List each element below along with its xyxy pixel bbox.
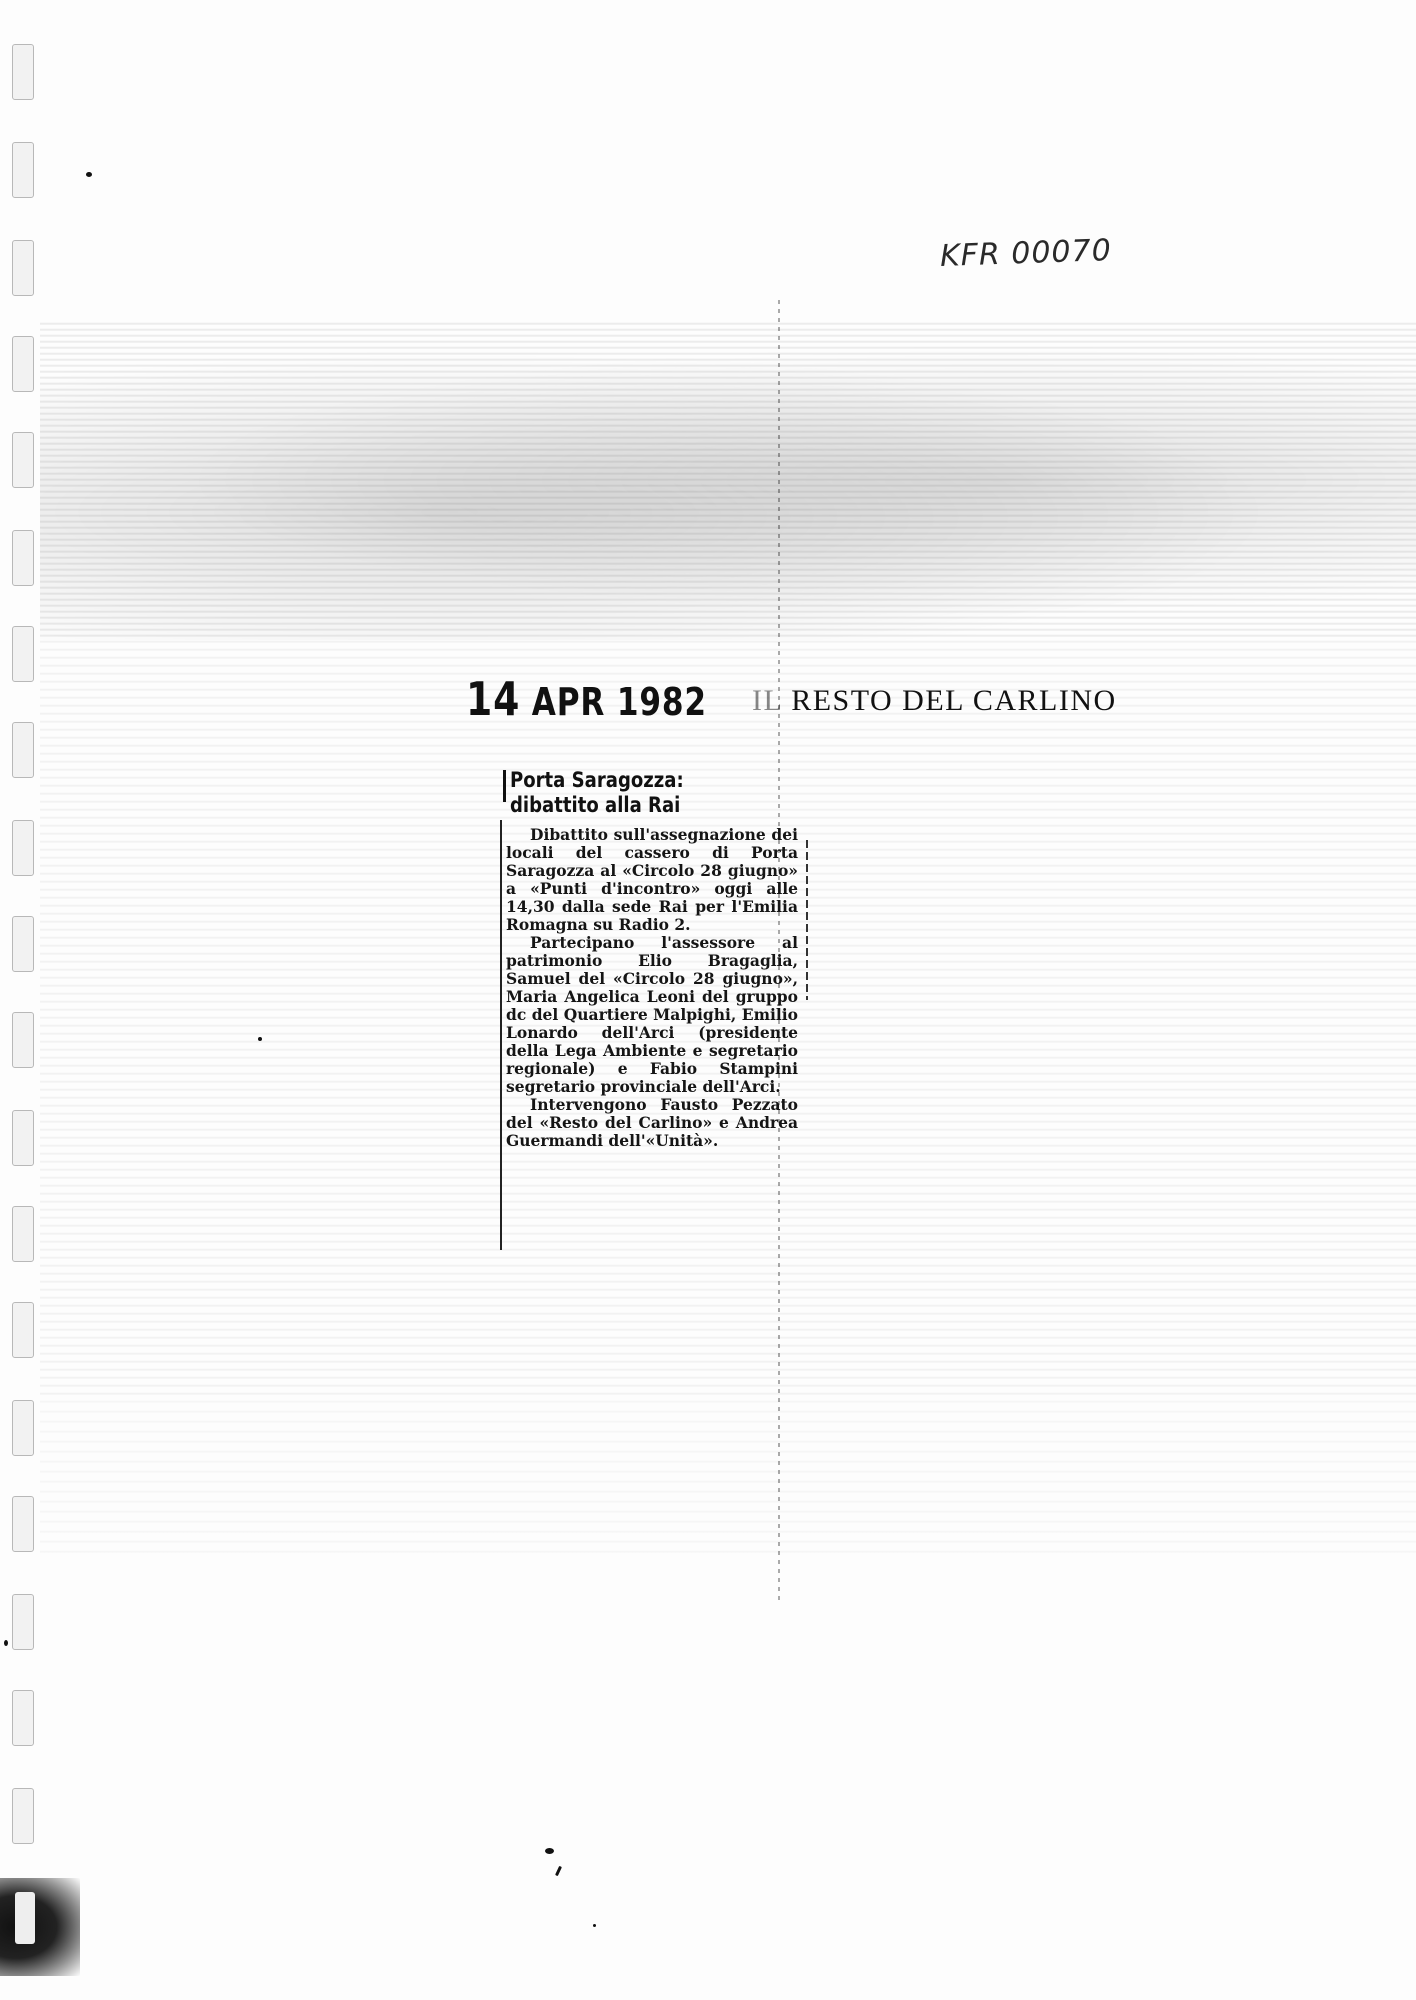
binder-hole [12, 44, 34, 100]
binder-hole [12, 626, 34, 682]
date-stamp-day: 14 [466, 672, 520, 726]
binder-hole [12, 1594, 34, 1650]
article-paragraph: Partecipano l'assessore al patrimonio El… [506, 934, 798, 1096]
scan-noise-lower [40, 1400, 1416, 1560]
binder-hole [12, 1012, 34, 1068]
date-stamp: 14 APR 1982 [466, 672, 707, 726]
scan-speck [555, 1866, 562, 1876]
scan-speck [545, 1848, 554, 1854]
article-clipping: Porta Saragozza: dibattito alla Rai Diba… [498, 768, 798, 1150]
binder-hole [15, 1892, 35, 1944]
newspaper-masthead: Il RESTO DEL CARLINO [752, 684, 1117, 718]
date-stamp-year: 1982 [617, 680, 707, 724]
archive-code: KFR 00070 [939, 233, 1112, 274]
binder-hole [12, 1206, 34, 1262]
scan-speck [86, 172, 92, 177]
headline-line-2: dibattito alla Rai [510, 793, 758, 818]
binder-hole [12, 1690, 34, 1746]
binder-hole [12, 820, 34, 876]
binder-hole [12, 1302, 34, 1358]
scan-speck [258, 1037, 262, 1041]
scan-noise-top [40, 320, 1416, 640]
binder-hole [12, 1400, 34, 1456]
article-headline: Porta Saragozza: dibattito alla Rai [510, 768, 758, 818]
binder-hole [12, 1110, 34, 1166]
article-paragraph: Intervengono Fausto Pezzato del «Resto d… [506, 1096, 798, 1150]
article-body: Dibattito sull'assegnazione dei locali d… [506, 826, 798, 1150]
binder-hole [12, 1788, 34, 1844]
binder-hole [12, 916, 34, 972]
column-rule-right [806, 840, 808, 1000]
scan-speck [4, 1640, 8, 1646]
binder-hole [12, 142, 34, 198]
scan-shadow-corner [0, 1878, 80, 1976]
article-paragraph: Dibattito sull'assegnazione dei locali d… [506, 826, 798, 934]
binder-hole [12, 722, 34, 778]
binder-hole [12, 1496, 34, 1552]
scan-speck [593, 1924, 596, 1927]
binder-hole [12, 432, 34, 488]
binder-hole [12, 530, 34, 586]
binder-hole [12, 336, 34, 392]
newspaper-name: RESTO DEL CARLINO [791, 684, 1117, 717]
date-stamp-month: APR [532, 680, 605, 724]
newspaper-prefix: Il [752, 684, 782, 717]
scanned-page: KFR 00070 14 APR 1982 Il RESTO DEL CARLI… [0, 0, 1416, 2000]
headline-line-1: Porta Saragozza: [510, 768, 758, 793]
binder-hole [12, 240, 34, 296]
